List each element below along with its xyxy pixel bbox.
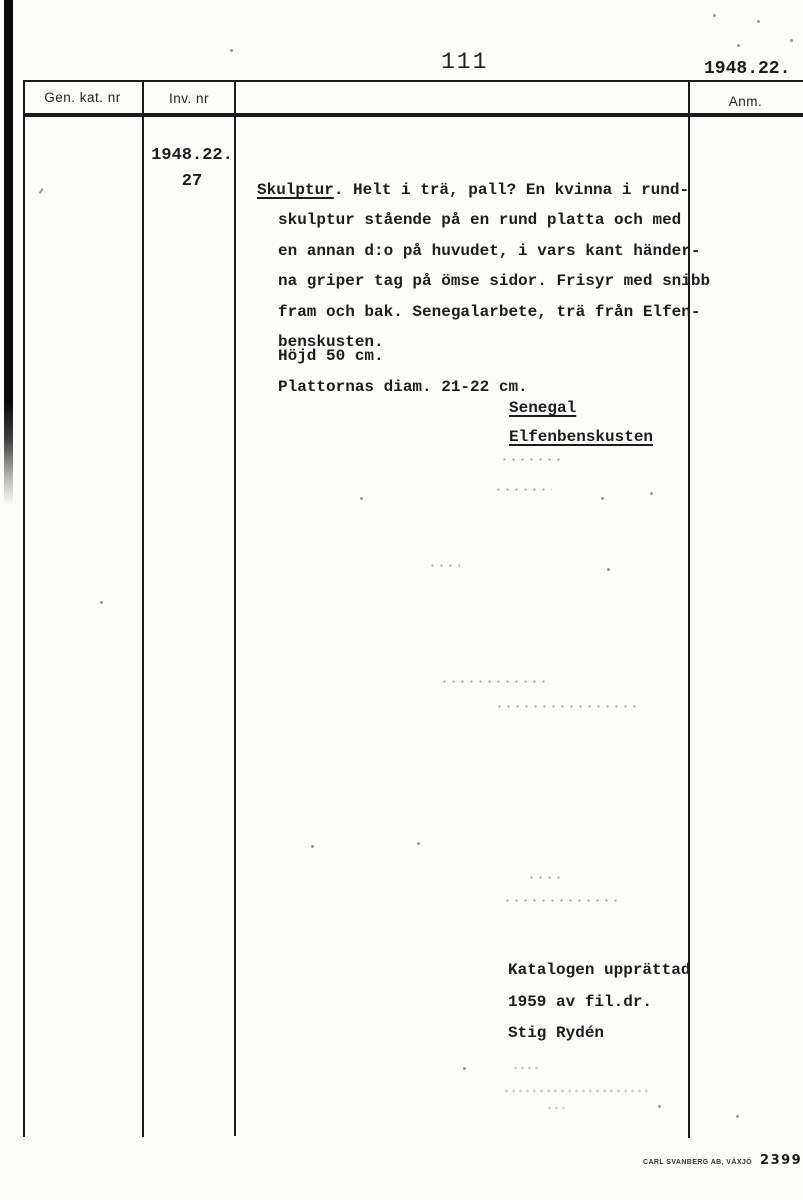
scan-speck [737, 44, 740, 47]
printer-name: CARL SVANBERG AB, VÄXJÖ [643, 1159, 752, 1166]
scan-speck [713, 14, 716, 17]
scan-speck [790, 39, 793, 42]
inventory-year: 1948.22. [150, 146, 234, 165]
printer-code: 2399 9 67 [760, 1153, 803, 1168]
printer-imprint: CARL SVANBERG AB, VÄXJÖ 2399 9 67 [643, 1153, 803, 1168]
scan-speck [757, 20, 760, 23]
scan-speck [463, 1067, 466, 1070]
inventory-number: 27 [150, 172, 234, 191]
scan-speck [736, 1115, 739, 1118]
description-line: skulptur stående på en rund platta och m… [257, 205, 710, 235]
scan-speck [417, 842, 420, 845]
scan-speck [100, 601, 103, 604]
scan-speck [601, 497, 604, 500]
note-line: Katalogen upprättad [508, 955, 690, 987]
entry-title-rest: . Helt i trä, pall? En kvinna i rund- [334, 181, 689, 199]
note-line: Stig Rydén [508, 1018, 690, 1050]
description-line: Skulptur. Helt i trä, pall? En kvinna i … [257, 175, 710, 205]
provenance-line: Elfenbenskusten [509, 423, 653, 452]
scan-artifact [527, 876, 562, 879]
description-line: fram och bak. Senegalarbete, trä från El… [257, 297, 710, 327]
scan-artifact [512, 1066, 542, 1070]
column-header-inv-nr: Inv. nr [144, 91, 234, 106]
catalog-page: 111 1948.22. Gen. kat. nr Inv. nr Anm. 1… [0, 0, 803, 1200]
description-line: en annan d:o på huvudet, i vars kant hän… [257, 236, 710, 266]
catalog-reference: 1948.22. [704, 59, 790, 79]
table-top-border [23, 80, 803, 82]
measurement-line: Höjd 50 cm. [278, 341, 528, 372]
scan-speck [607, 568, 610, 571]
entry-measurements: Höjd 50 cm. Plattornas diam. 21-22 cm. [278, 341, 528, 403]
scan-artifact [494, 488, 552, 491]
scan-edge-bar [4, 0, 13, 505]
scan-artifact [440, 680, 548, 683]
scan-speck [230, 49, 233, 52]
scan-speck [650, 492, 653, 495]
column-divider-inv-main [234, 80, 236, 1136]
entry-description: Skulptur. Helt i trä, pall? En kvinna i … [257, 175, 710, 357]
table-header-divider [23, 113, 803, 117]
scan-artifact [428, 564, 460, 567]
scan-artifact [503, 1089, 648, 1093]
scan-artifact [495, 705, 640, 708]
table-border-left [23, 80, 25, 1137]
description-line: na griper tag på ömse sidor. Frisyr med … [257, 266, 710, 296]
provenance-line: Senegal [509, 394, 653, 423]
column-divider-gen-inv [142, 80, 144, 1137]
page-number: 111 [441, 49, 488, 75]
column-header-anm: Anm. [688, 94, 803, 109]
scan-speck [39, 188, 44, 194]
catalog-note: Katalogen upprättad 1959 av fil.dr. Stig… [508, 955, 690, 1050]
scan-speck [658, 1105, 661, 1108]
note-line: 1959 av fil.dr. [508, 987, 690, 1019]
scan-artifact [503, 899, 621, 902]
scan-speck [360, 497, 363, 500]
entry-provenance: Senegal Elfenbenskusten [509, 394, 653, 452]
scan-artifact [546, 1106, 564, 1110]
measurement-line: Plattornas diam. 21-22 cm. [278, 372, 528, 403]
scan-artifact [500, 458, 562, 461]
column-header-gen-kat-nr: Gen. kat. nr [23, 90, 142, 105]
scan-speck [311, 845, 314, 848]
entry-title: Skulptur [257, 181, 334, 199]
